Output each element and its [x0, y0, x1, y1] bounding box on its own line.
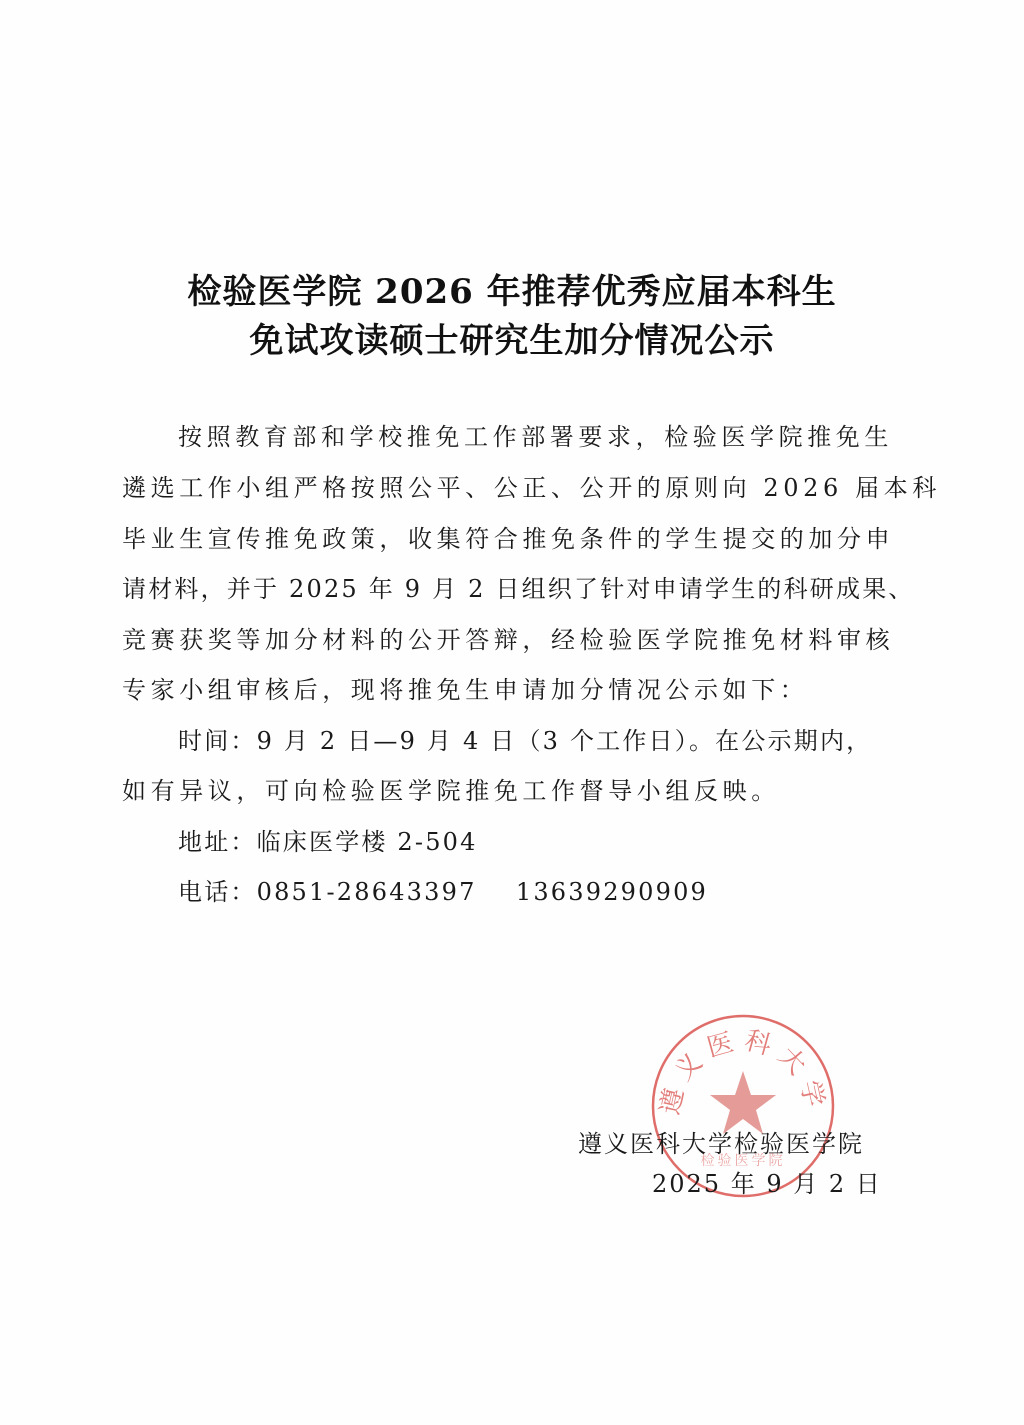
- body-line-6: 专家小组审核后，现将推免生申请加分情况公示如下：: [122, 678, 902, 702]
- signature-date: 2025 年 9 月 2 日: [652, 1172, 882, 1196]
- document-page: 检验医学院 2026 年推荐优秀应届本科生 免试攻读硕士研究生加分情况公示 按照…: [0, 0, 1024, 1425]
- address-line: 地址：临床医学楼 2-504: [178, 830, 958, 854]
- notice-period-line-1: 时间：9 月 2 日—9 月 4 日（3 个工作日）。在公示期内，: [178, 729, 958, 753]
- phone-line: 电话：0851-28643397 13639290909: [178, 880, 958, 904]
- body-line-5: 竞赛获奖等加分材料的公开答辩，经检验医学院推免材料审核: [122, 628, 902, 652]
- body-line-2: 遴选工作小组严格按照公平、公正、公开的原则向 2026 届本科: [122, 476, 902, 500]
- body-line-3: 毕业生宣传推免政策，收集符合推免条件的学生提交的加分申: [122, 527, 902, 551]
- body-line-4: 请材料，并于 2025 年 9 月 2 日组织了针对申请学生的科研成果、: [122, 577, 902, 601]
- body-line-1: 按照教育部和学校推免工作部署要求，检验医学院推免生: [178, 425, 958, 449]
- signature-organization: 遵义医科大学检验医学院: [578, 1132, 864, 1156]
- notice-period-line-2: 如有异议，可向检验医学院推免工作督导小组反映。: [122, 779, 902, 803]
- document-title-line-2: 免试攻读硕士研究生加分情况公示: [0, 324, 1024, 358]
- document-title-line-1: 检验医学院 2026 年推荐优秀应届本科生: [0, 275, 1024, 309]
